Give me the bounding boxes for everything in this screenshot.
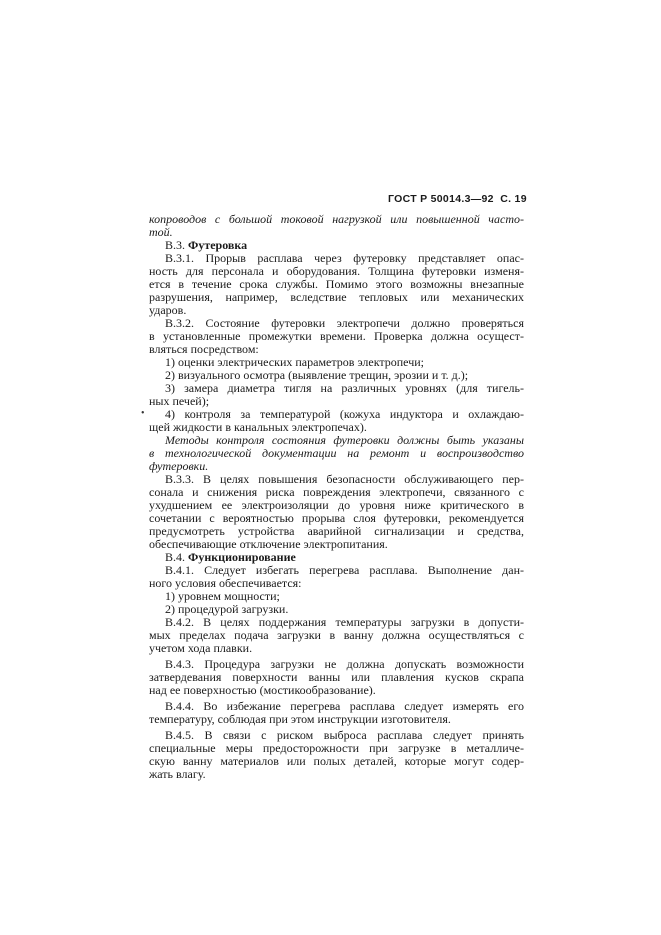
page-number: С. 19 [500, 193, 527, 205]
document-page: ГОСТ Р 50014.3—92 С. 19 копроводов с бол… [0, 0, 661, 935]
text-line: жать влагу. [149, 768, 524, 781]
text-line: температуру, соблюдая при этом инструкци… [149, 713, 524, 726]
scan-artifact-mark: • [141, 408, 145, 419]
doc-id: ГОСТ Р 50014.3—92 [388, 193, 494, 205]
document-body: копроводов с большой токовой нагрузкой и… [149, 213, 524, 781]
page-header: ГОСТ Р 50014.3—92 С. 19 [388, 193, 527, 205]
text-line: разрушения, например, вследствие тепловы… [149, 291, 524, 304]
section-title: Функционирование [188, 550, 296, 564]
section-number: В.3. [165, 238, 188, 252]
text-line: учетом хода плавки. [149, 642, 524, 655]
text-line: копроводов с большой токовой нагрузкой и… [149, 213, 524, 226]
section-title: Футеровка [188, 238, 247, 252]
section-number: В.4. [165, 550, 188, 564]
text-line: над ее поверхностью (мостикообразование)… [149, 684, 524, 697]
